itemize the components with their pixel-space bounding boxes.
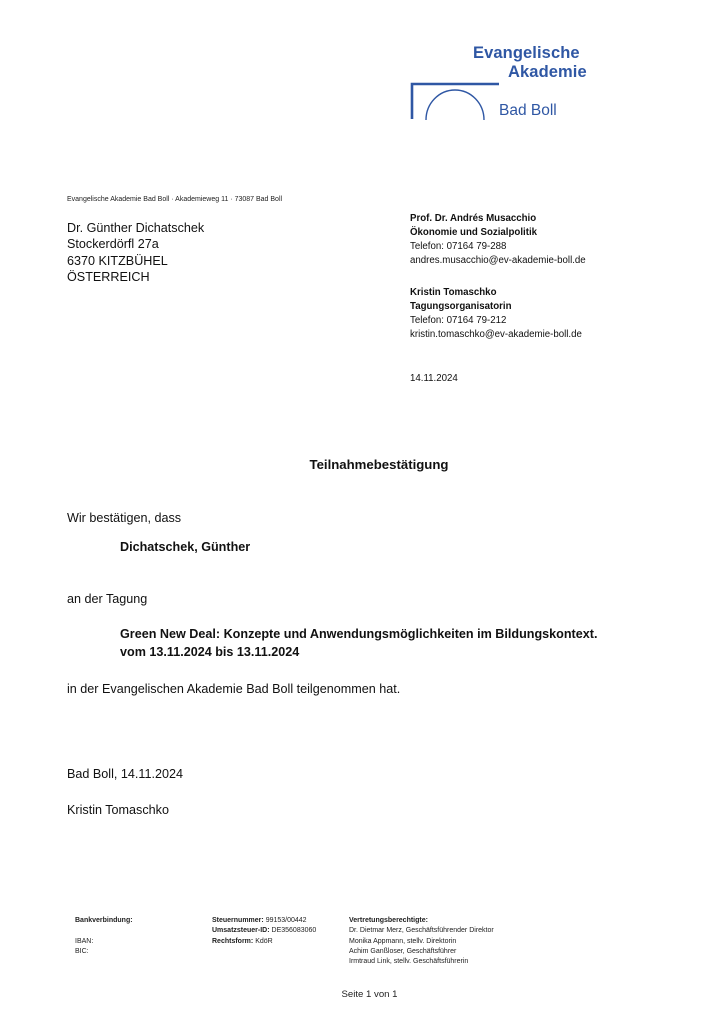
vat-id: DE356083060 xyxy=(272,927,317,934)
recipient-country: ÖSTERREICH xyxy=(67,269,204,285)
footer-tax: Steuernummer: 99153/00442 Umsatzsteuer-I… xyxy=(212,916,316,947)
event-intro-text: an der Tagung xyxy=(67,592,147,606)
tax-number-label: Steuernummer: xyxy=(212,917,264,924)
document-title: Teilnahmebestätigung xyxy=(0,457,719,472)
sender-return-address: Evangelische Akademie Bad Boll · Akademi… xyxy=(67,196,282,203)
signer-name: Kristin Tomaschko xyxy=(67,803,169,817)
contact-name: Kristin Tomaschko xyxy=(410,286,582,300)
representative: Monika Appmann, stellv. Direktorin xyxy=(349,937,494,947)
contact-name: Prof. Dr. Andrés Musacchio xyxy=(410,212,586,226)
contact-block: Prof. Dr. Andrés Musacchio Ökonomie und … xyxy=(410,212,586,268)
contact-email[interactable]: kristin.tomaschko@ev-akademie-boll.de xyxy=(410,328,582,342)
legal-form: KdöR xyxy=(255,938,273,945)
recipient-city: 6370 KITZBÜHEL xyxy=(67,253,204,269)
place-date: Bad Boll, 14.11.2024 xyxy=(67,767,183,781)
contact-role: Tagungsorganisatorin xyxy=(410,300,582,314)
footer-representatives: Vertretungsberechtigte: Dr. Dietmar Merz… xyxy=(349,916,494,967)
contact-role: Ökonomie und Sozialpolitik xyxy=(410,226,586,240)
event-title: Green New Deal: Konzepte und Anwendungsm… xyxy=(120,627,597,641)
contact-email[interactable]: andres.musacchio@ev-akademie-boll.de xyxy=(410,254,586,268)
letter-date: 14.11.2024 xyxy=(410,373,458,384)
legal-form-label: Rechtsform: xyxy=(212,938,253,945)
page-number: Seite 1 von 1 xyxy=(0,989,719,1000)
event-dates: vom 13.11.2024 bis 13.11.2024 xyxy=(120,645,299,659)
recipient-name: Dr. Günther Dichatschek xyxy=(67,220,204,236)
contact-block: Kristin Tomaschko Tagungsorganisatorin T… xyxy=(410,286,582,342)
logo: Evangelische Akademie Bad Boll xyxy=(409,40,609,130)
contact-phone: Telefon: 07164 79-212 xyxy=(410,314,582,328)
participant-name: Dichatschek, Günther xyxy=(120,540,250,554)
contact-phone: Telefon: 07164 79-288 xyxy=(410,240,586,254)
representative: Dr. Dietmar Merz, Geschäftsführender Dir… xyxy=(349,926,494,936)
intro-text: Wir bestätigen, dass xyxy=(67,511,181,525)
bank-label: Bankverbindung: xyxy=(75,916,133,926)
bic-label: BIC: xyxy=(75,947,133,957)
recipient-address: Dr. Günther Dichatschek Stockerdörfl 27a… xyxy=(67,220,204,285)
iban-label: IBAN: xyxy=(75,937,133,947)
recipient-street: Stockerdörfl 27a xyxy=(67,236,204,252)
vat-label: Umsatzsteuer-ID: xyxy=(212,927,270,934)
tax-number: 99153/00442 xyxy=(266,917,307,924)
representatives-label: Vertretungsberechtigte: xyxy=(349,916,494,926)
representative: Irmtraud Link, stellv. Geschäftsführerin xyxy=(349,957,494,967)
representative: Achim Ganßloser, Geschäftsführer xyxy=(349,947,494,957)
footer-bank: Bankverbindung: IBAN: BIC: xyxy=(75,916,133,957)
logo-line-3: Bad Boll xyxy=(499,102,557,120)
closing-text: in der Evangelischen Akademie Bad Boll t… xyxy=(67,682,400,696)
